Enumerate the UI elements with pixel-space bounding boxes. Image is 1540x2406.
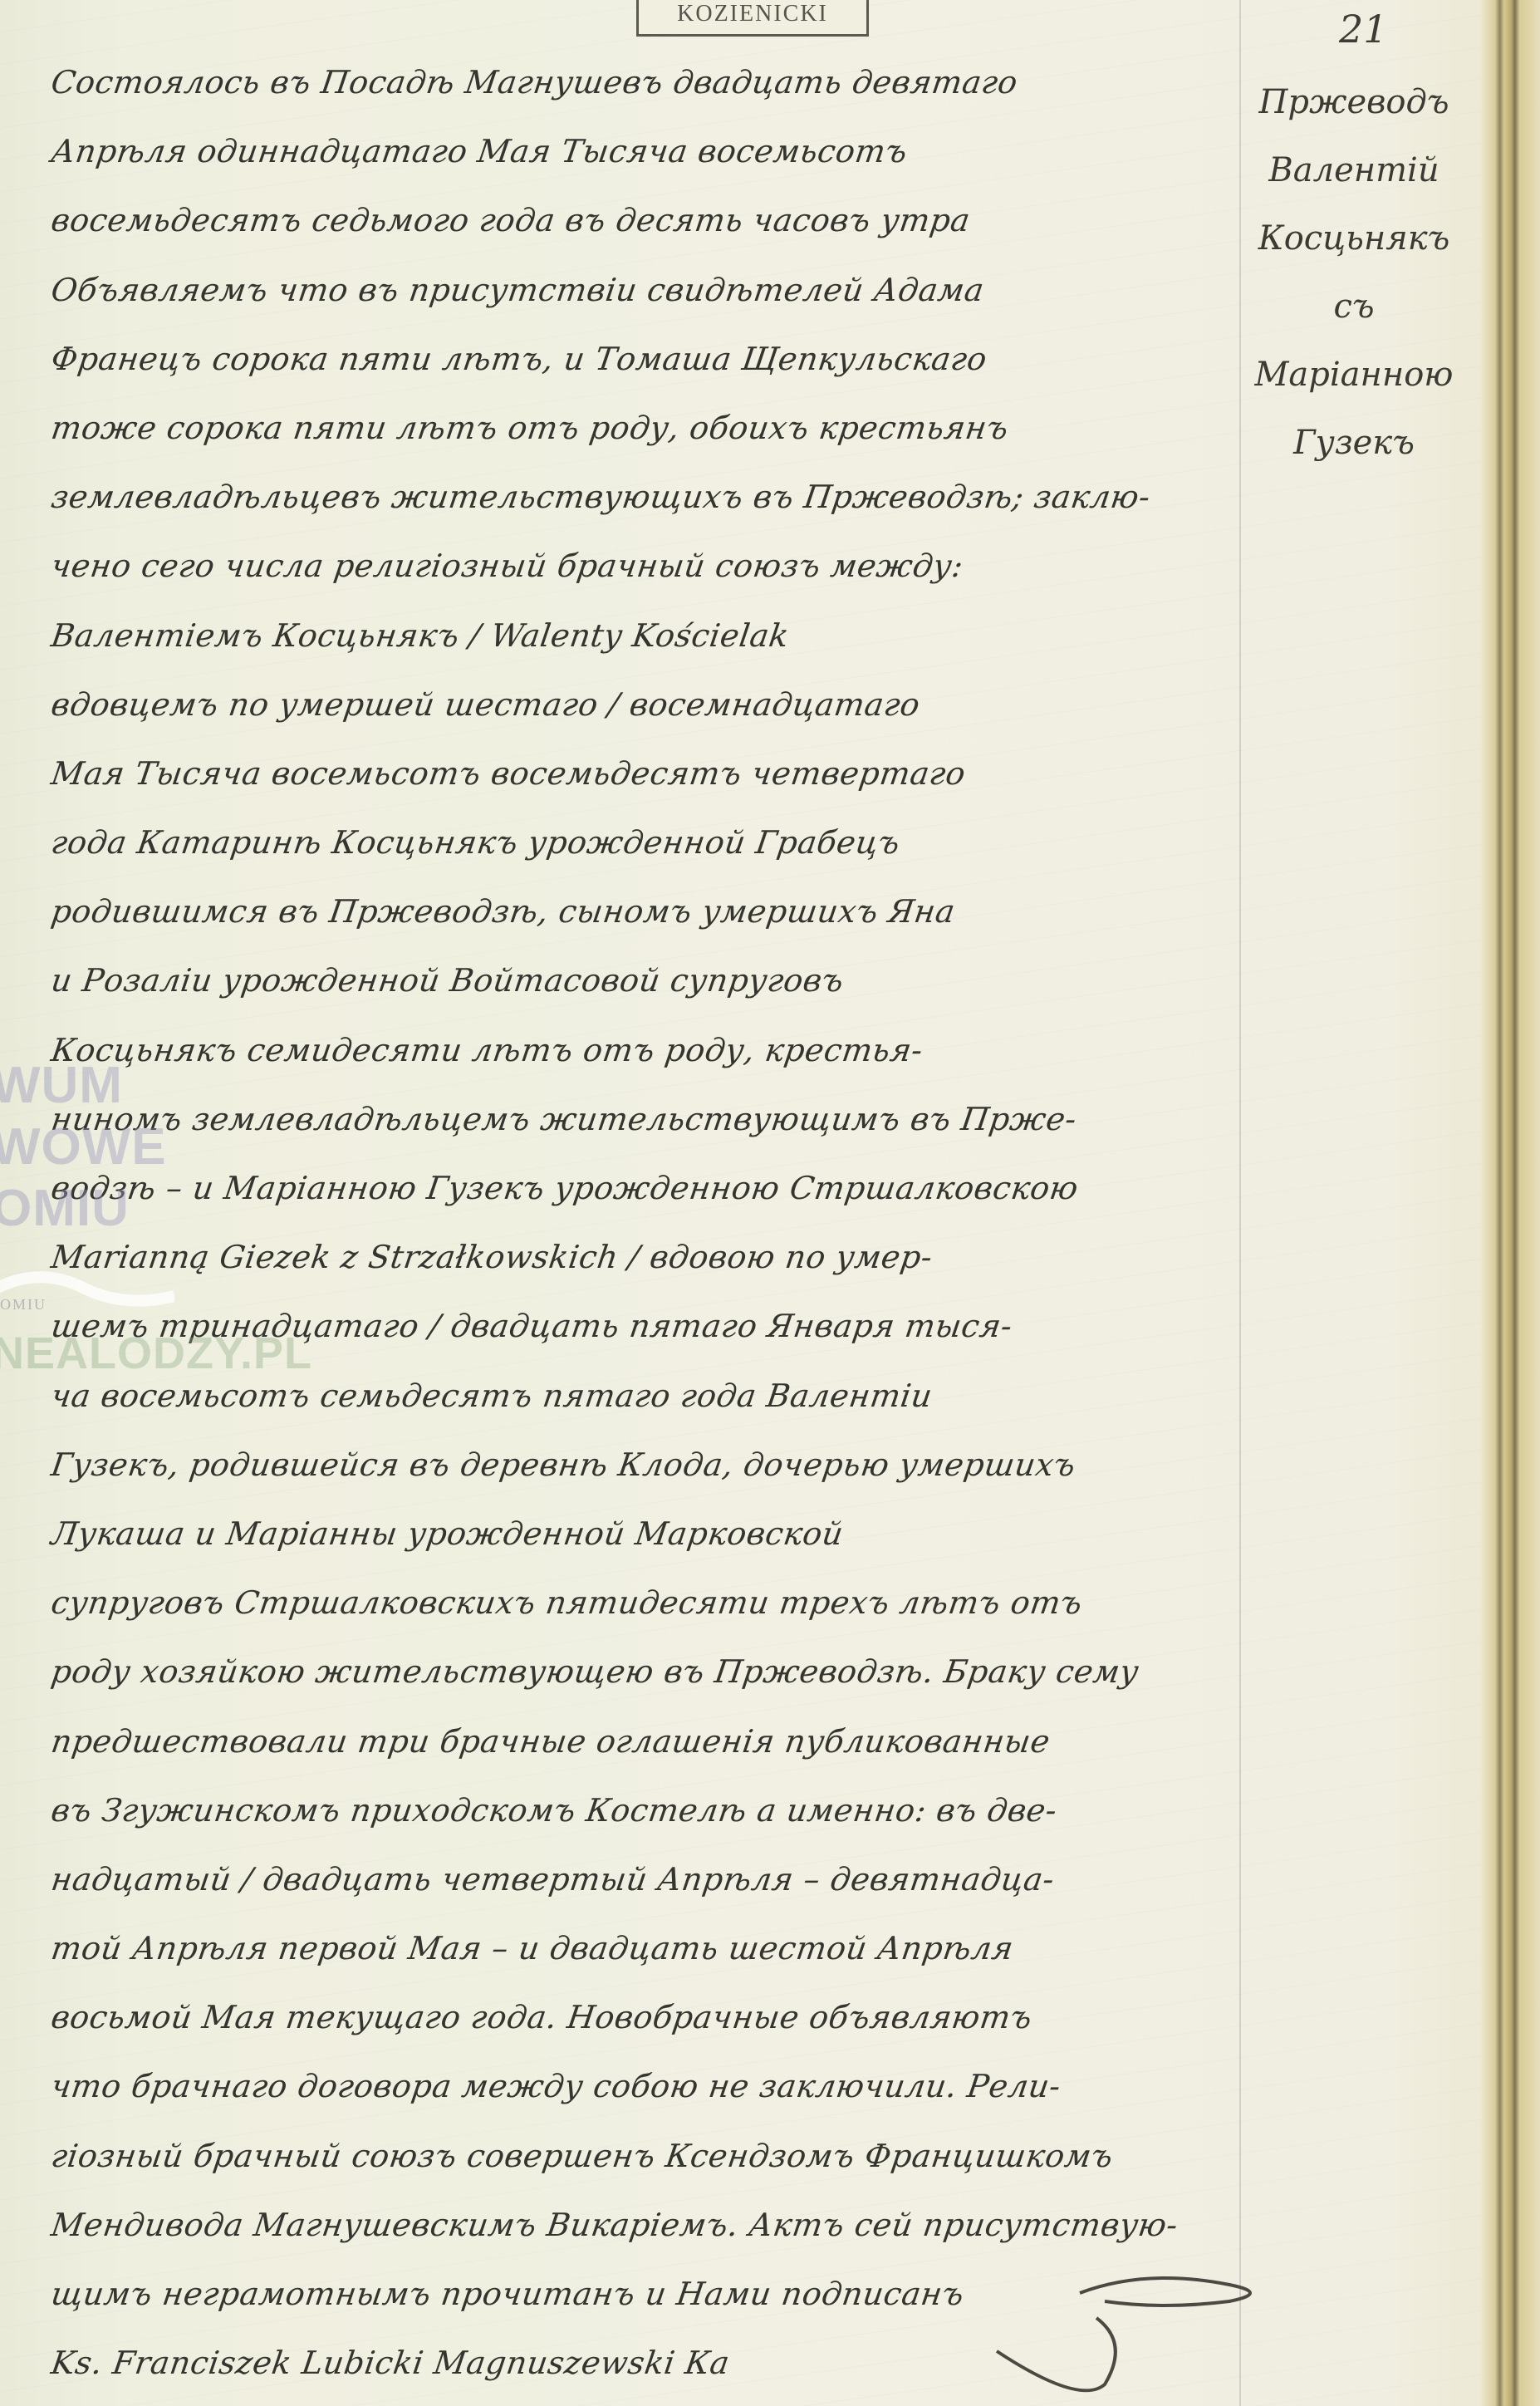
body-line: восемьдесятъ седьмого года въ десять час… bbox=[47, 186, 1253, 255]
body-line: ниномъ землевладѣльцемъ жительствующимъ … bbox=[47, 1085, 1253, 1154]
record-body: Состоялось въ Посадѣ Магнушевъ двадцать … bbox=[47, 48, 1243, 2398]
body-line: Апрѣля одиннадцатаго Мая Тысяча восемьсо… bbox=[47, 117, 1253, 186]
body-line: года Катаринѣ Косцьнякъ урожденной Грабе… bbox=[47, 808, 1253, 877]
body-line: тоже сорока пяти лѣтъ отъ роду, обоихъ к… bbox=[47, 394, 1253, 463]
archive-stamp: KOZIENICKI bbox=[636, 0, 869, 37]
margin-note: Пржеводъ Валентій Косцьнякъ съ Маріанною… bbox=[1246, 68, 1462, 477]
margin-note-line: Гузекъ bbox=[1246, 409, 1462, 477]
body-line: въ Згужинскомъ приходскомъ Костелѣ а име… bbox=[47, 1776, 1253, 1845]
margin-note-line: Косцьнякъ bbox=[1246, 204, 1462, 273]
body-line: Гузекъ, родившейся въ деревнѣ Клода, доч… bbox=[47, 1431, 1253, 1500]
signature-flourish bbox=[980, 2260, 1279, 2406]
body-line: Мендивода Магнушевскимъ Викаріемъ. Актъ … bbox=[47, 2191, 1253, 2260]
body-line: чено сего числа религіозный брачный союз… bbox=[47, 532, 1253, 601]
body-line: Состоялось въ Посадѣ Магнушевъ двадцать … bbox=[47, 48, 1253, 117]
body-line: надцатый / двадцать четвертый Апрѣля – д… bbox=[47, 1845, 1253, 1914]
margin-note-line: Маріанною bbox=[1246, 341, 1462, 409]
body-line: супруговъ Стршалковскихъ пятидесяти трех… bbox=[47, 1569, 1253, 1638]
body-line: предшествовали три брачные оглашенія пуб… bbox=[47, 1707, 1253, 1776]
body-line: и Розаліи урожденной Войтасовой супругов… bbox=[47, 946, 1253, 1015]
watermark-small-text: OMIU bbox=[0, 1296, 47, 1313]
body-line: вдовцемъ по умершей шестаго / восемнадца… bbox=[47, 670, 1253, 739]
body-line: родившимся въ Пржеводзѣ, сыномъ умершихъ… bbox=[47, 877, 1253, 946]
body-line: землевладѣльцевъ жительствующихъ въ Прже… bbox=[47, 463, 1253, 532]
margin-note-line: Валентій bbox=[1246, 136, 1462, 204]
body-line: Валентіемъ Косцьнякъ / Walenty Kościelak bbox=[47, 601, 1253, 670]
body-line: что брачнаго договора между собою не зак… bbox=[47, 2052, 1253, 2121]
record-number: 21 bbox=[1339, 7, 1388, 52]
archive-stamp-text: KOZIENICKI bbox=[677, 1, 828, 27]
scanned-record-page: KOZIENICKI 21 Пржеводъ Валентій Косцьняк… bbox=[0, 0, 1540, 2406]
body-line: той Апрѣля первой Мая – и двадцать шесто… bbox=[47, 1914, 1253, 1983]
body-line: Мая Тысяча восемьсотъ восемьдесятъ четве… bbox=[47, 739, 1253, 808]
body-line: Marianną Giezek z Strzałkowskich / вдово… bbox=[47, 1223, 1253, 1292]
body-line: Объявляемъ что въ присутствіи свидѣтелей… bbox=[47, 256, 1253, 325]
body-line: роду хозяйкою жительствующею въ Пржеводз… bbox=[47, 1638, 1253, 1706]
body-line: Лукаша и Маріанны урожденной Марковской bbox=[47, 1500, 1253, 1569]
margin-note-line: Пржеводъ bbox=[1246, 68, 1462, 136]
body-line: Косцьнякъ семидесяти лѣтъ отъ роду, крес… bbox=[47, 1016, 1253, 1085]
body-line: гіозный брачный союзъ совершенъ Ксендзом… bbox=[47, 2122, 1253, 2191]
watermark-site-text: NEALODZY.PL bbox=[0, 1328, 312, 1379]
book-binding-edge bbox=[1480, 0, 1540, 2406]
body-line: Франецъ сорока пяти лѣтъ, и Томаша Щепку… bbox=[47, 325, 1253, 394]
body-line: водзѣ – и Маріанною Гузекъ урожденною Ст… bbox=[47, 1154, 1253, 1223]
margin-note-line: съ bbox=[1246, 273, 1462, 341]
body-line: восьмой Мая текущаго года. Новобрачные о… bbox=[47, 1983, 1253, 2052]
